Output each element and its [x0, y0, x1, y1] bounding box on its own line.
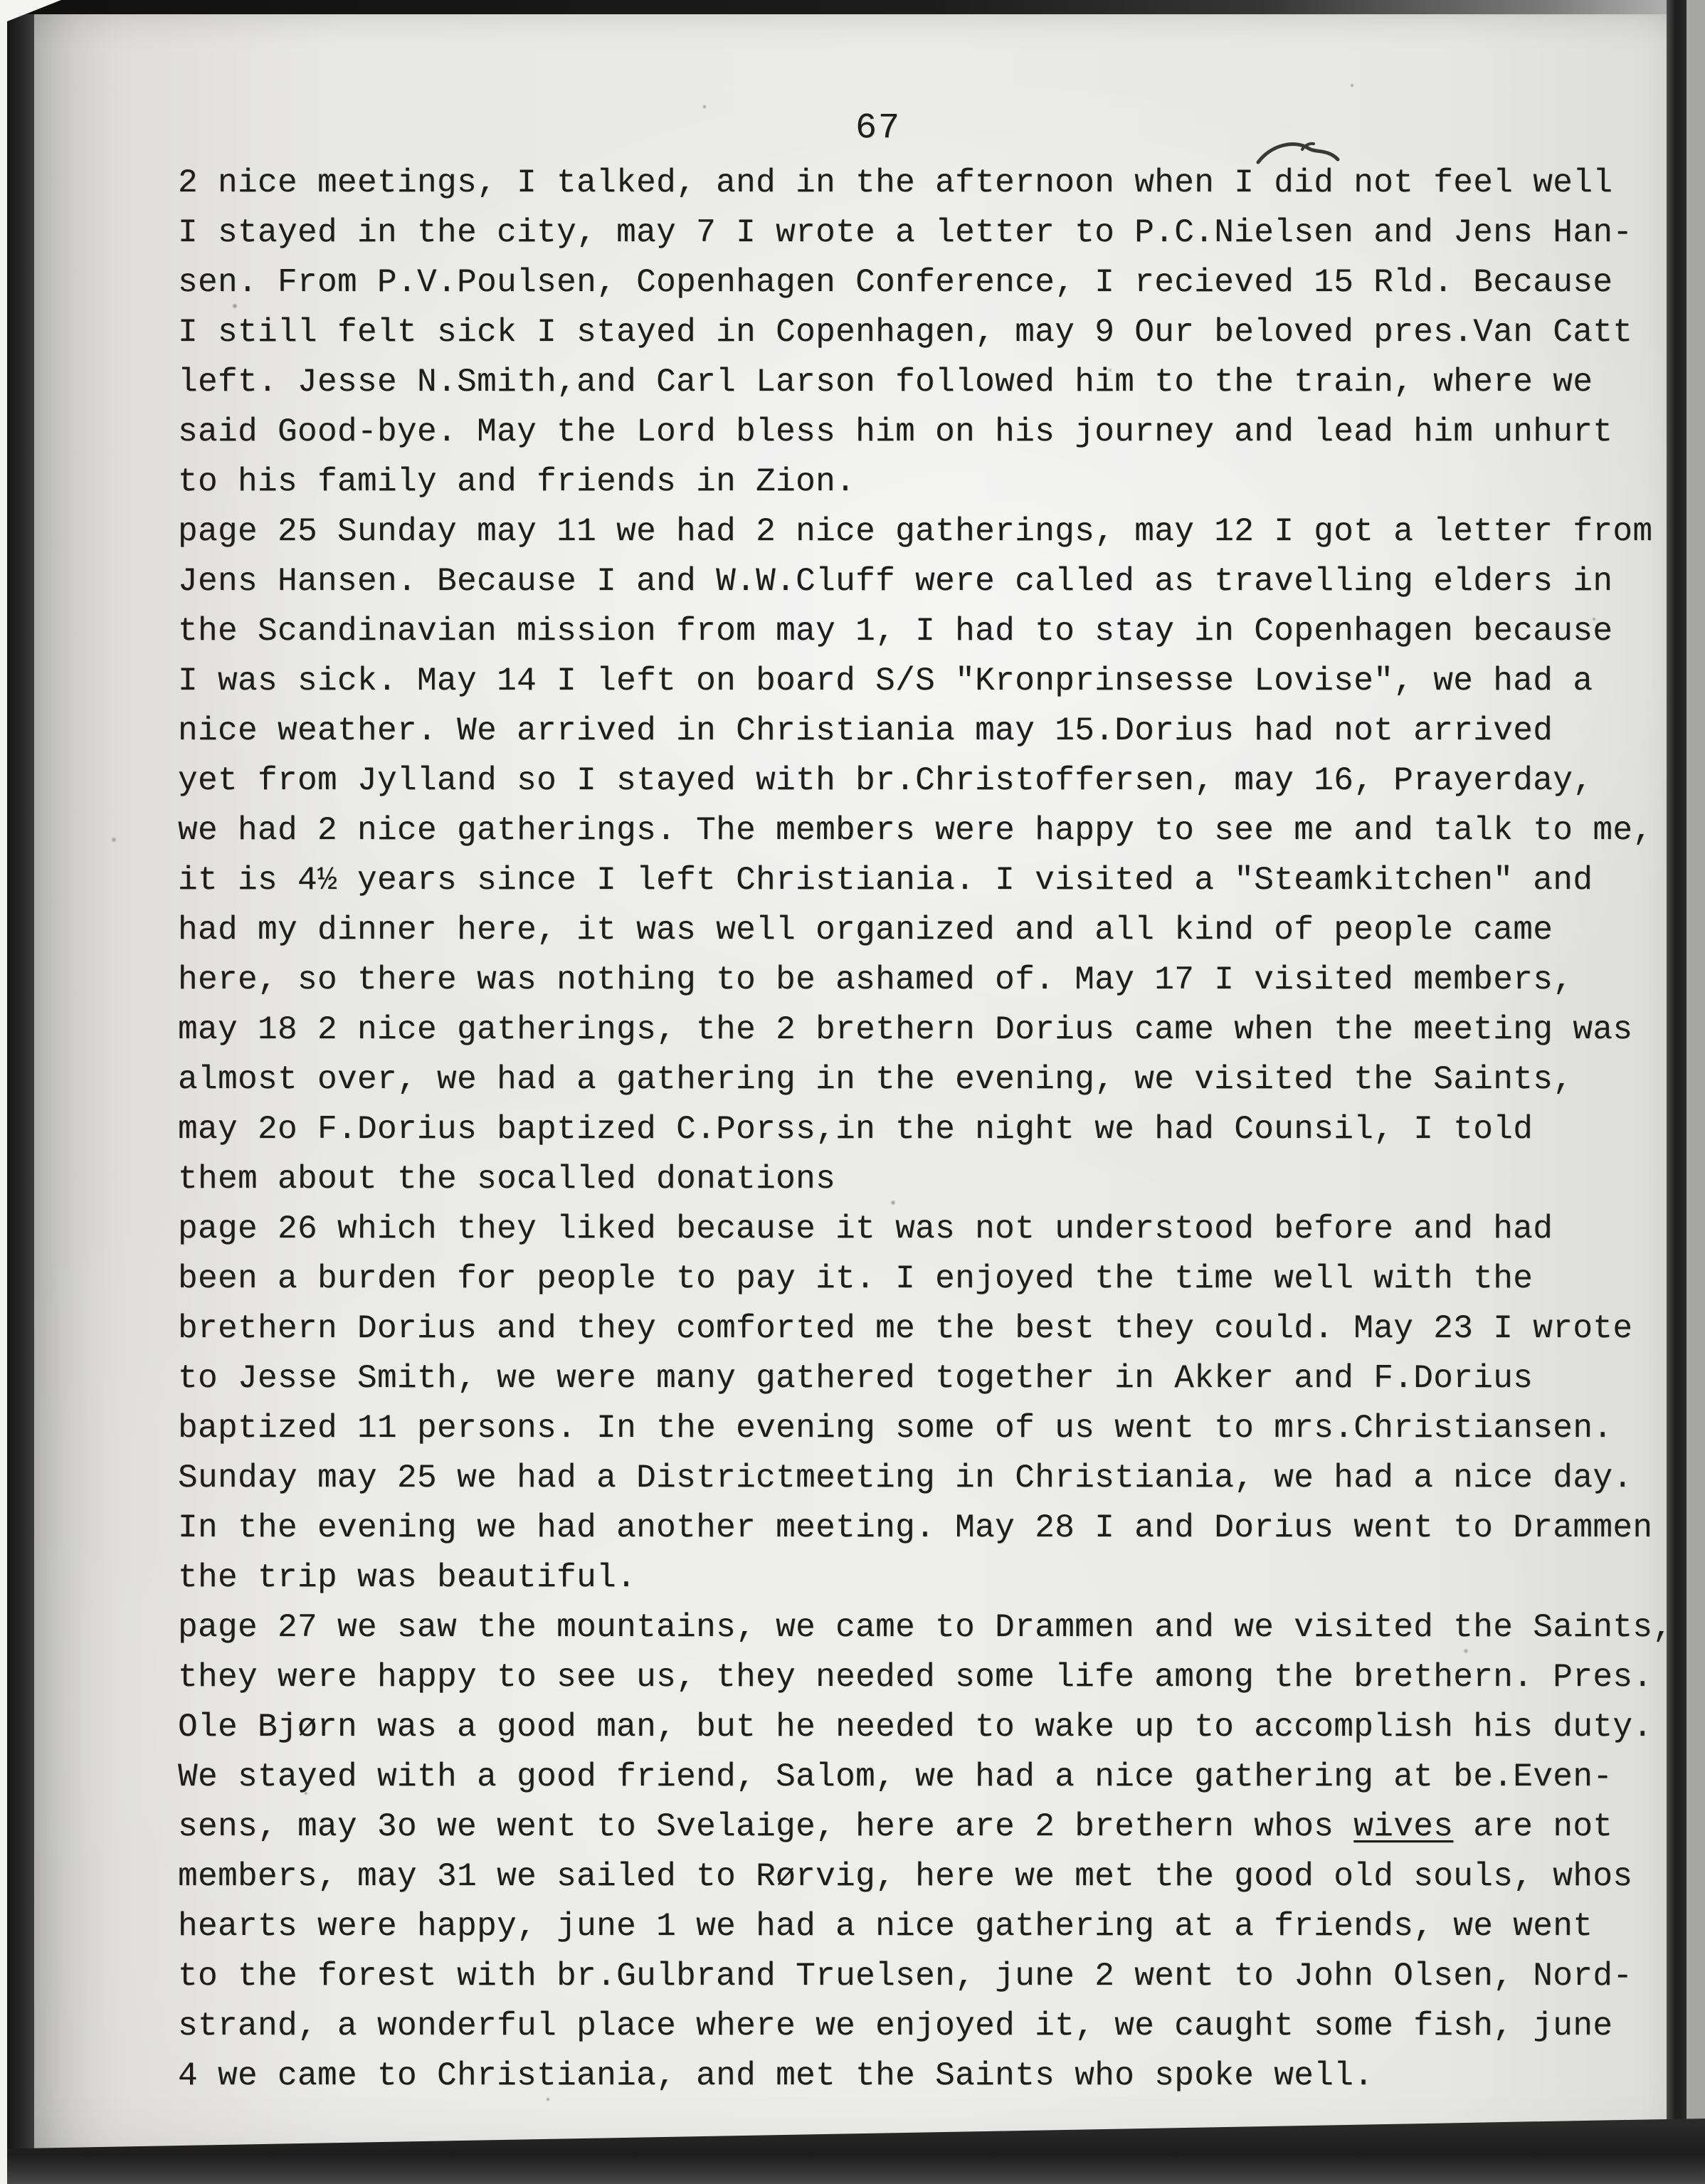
- text-line: I stayed in the city, may 7 I wrote a le…: [178, 208, 1701, 258]
- text-segment: to his family and friends in Zion.: [178, 463, 855, 500]
- text-line: 4 we came to Christiania, and met the Sa…: [178, 2051, 1701, 2101]
- text-line: page 26 which they liked because it was …: [178, 1204, 1701, 1254]
- text-line: the Scandinavian mission from may 1, I h…: [178, 606, 1701, 656]
- text-segment: nice weather. We arrived in Christiania …: [178, 712, 1553, 749]
- text-line: hearts were happy, june 1 we had a nice …: [178, 1901, 1701, 1951]
- text-segment: 4 we came to Christiania, and met the Sa…: [178, 2057, 1373, 2094]
- text-line: to Jesse Smith, we were many gathered to…: [178, 1354, 1701, 1403]
- text-segment: page 25 Sunday may 11 we had 2 nice gath…: [178, 513, 1652, 550]
- text-segment: the Scandinavian mission from may 1, I h…: [178, 613, 1612, 650]
- text-segment: the trip was beautiful.: [178, 1559, 636, 1596]
- text-segment: they were happy to see us, they needed s…: [178, 1659, 1652, 1696]
- text-segment: yet from Jylland so I stayed with br.Chr…: [178, 762, 1593, 799]
- text-line: the trip was beautiful.: [178, 1553, 1701, 1603]
- text-line: baptized 11 persons. In the evening some…: [178, 1403, 1701, 1453]
- text-line: here, so there was nothing to be ashamed…: [178, 955, 1701, 1005]
- page-number: 67: [855, 108, 901, 149]
- text-line: left. Jesse N.Smith,and Carl Larson foll…: [178, 357, 1701, 407]
- text-line: Jens Hansen. Because I and W.W.Cluff wer…: [178, 556, 1701, 606]
- text-segment: page 27 we saw the mountains, we came to…: [178, 1609, 1672, 1646]
- text-line: strand, a wonderful place where we enjoy…: [178, 2001, 1701, 2051]
- scanned-journal-page: 67 2 nice meetings, I talked, and in the…: [0, 0, 1705, 2184]
- text-line: I still felt sick I stayed in Copenhagen…: [178, 307, 1701, 357]
- typewritten-text: 2 nice meetings, I talked, and in the af…: [178, 158, 1701, 2101]
- text-line: In the evening we had another meeting. M…: [178, 1503, 1701, 1553]
- text-line: it is 4½ years since I left Christiania.…: [178, 855, 1701, 905]
- text-line: members, may 31 we sailed to Rørvig, her…: [178, 1852, 1701, 1901]
- text-line: had my dinner here, it was well organize…: [178, 905, 1701, 955]
- text-segment: 2 nice meetings, I talked, and in the af…: [178, 164, 1612, 201]
- text-segment: strand, a wonderful place where we enjoy…: [178, 2008, 1612, 2045]
- text-line: We stayed with a good friend, Salom, we …: [178, 1752, 1701, 1802]
- text-line: page 25 Sunday may 11 we had 2 nice gath…: [178, 507, 1701, 556]
- text-segment: sens, may 3o we went to Svelaige, here a…: [178, 1808, 1353, 1845]
- text-line: to his family and friends in Zion.: [178, 457, 1701, 507]
- text-line: Ole Bjørn was a good man, but he needed …: [178, 1702, 1701, 1752]
- text-segment: Jens Hansen. Because I and W.W.Cluff wer…: [178, 563, 1612, 600]
- text-segment: it is 4½ years since I left Christiania.…: [178, 862, 1593, 899]
- text-line: we had 2 nice gatherings. The members we…: [178, 806, 1701, 855]
- underlined-word: wives: [1353, 1808, 1453, 1845]
- text-line: I was sick. May 14 I left on board S/S "…: [178, 656, 1701, 706]
- text-line: yet from Jylland so I stayed with br.Chr…: [178, 756, 1701, 806]
- text-segment: Ole Bjørn was a good man, but he needed …: [178, 1709, 1652, 1746]
- text-segment: sen. From P.V.Poulsen, Copenhagen Confer…: [178, 264, 1612, 301]
- text-segment: them about the socalled donations: [178, 1161, 835, 1198]
- text-segment: We stayed with a good friend, Salom, we …: [178, 1758, 1612, 1795]
- text-line: may 2o F.Dorius baptized C.Porss,in the …: [178, 1104, 1701, 1154]
- text-line: sen. From P.V.Poulsen, Copenhagen Confer…: [178, 258, 1701, 307]
- scan-left-border: [7, 0, 34, 2184]
- text-segment: I stayed in the city, may 7 I wrote a le…: [178, 214, 1632, 251]
- text-segment: we had 2 nice gatherings. The members we…: [178, 812, 1652, 849]
- text-line: may 18 2 nice gatherings, the 2 brethern…: [178, 1005, 1701, 1055]
- scan-top-left-corner: [0, 0, 61, 24]
- text-line: sens, may 3o we went to Svelaige, here a…: [178, 1802, 1701, 1852]
- text-line: said Good-bye. May the Lord bless him on…: [178, 407, 1701, 457]
- text-segment: may 18 2 nice gatherings, the 2 brethern…: [178, 1011, 1632, 1048]
- text-line: them about the socalled donations: [178, 1154, 1701, 1204]
- text-segment: page 26 which they liked because it was …: [178, 1210, 1553, 1247]
- text-line: nice weather. We arrived in Christiania …: [178, 706, 1701, 756]
- text-segment: I was sick. May 14 I left on board S/S "…: [178, 663, 1593, 700]
- text-segment: I still felt sick I stayed in Copenhagen…: [178, 314, 1632, 351]
- text-line: page 27 we saw the mountains, we came to…: [178, 1603, 1701, 1652]
- scan-top-border: [7, 0, 1679, 14]
- text-line: they were happy to see us, they needed s…: [178, 1652, 1701, 1702]
- text-line: Sunday may 25 we had a Districtmeeting i…: [178, 1453, 1701, 1503]
- text-line: brethern Dorius and they comforted me th…: [178, 1304, 1701, 1354]
- text-segment: hearts were happy, june 1 we had a nice …: [178, 1908, 1593, 1945]
- text-segment: almost over, we had a gathering in the e…: [178, 1061, 1573, 1098]
- text-segment: here, so there was nothing to be ashamed…: [178, 961, 1573, 998]
- text-line: been a burden for people to pay it. I en…: [178, 1254, 1701, 1304]
- text-segment: members, may 31 we sailed to Rørvig, her…: [178, 1858, 1632, 1895]
- text-segment: had my dinner here, it was well organize…: [178, 912, 1553, 949]
- text-segment: said Good-bye. May the Lord bless him on…: [178, 413, 1612, 450]
- text-segment: In the evening we had another meeting. M…: [178, 1509, 1652, 1546]
- text-line: almost over, we had a gathering in the e…: [178, 1055, 1701, 1104]
- text-line: to the forest with br.Gulbrand Truelsen,…: [178, 1951, 1701, 2001]
- text-segment: left. Jesse N.Smith,and Carl Larson foll…: [178, 364, 1593, 401]
- text-segment: Sunday may 25 we had a Districtmeeting i…: [178, 1460, 1632, 1497]
- text-segment: may 2o F.Dorius baptized C.Porss,in the …: [178, 1111, 1533, 1148]
- text-segment: to the forest with br.Gulbrand Truelsen,…: [178, 1958, 1632, 1995]
- text-segment: are not: [1453, 1808, 1612, 1845]
- text-line: 2 nice meetings, I talked, and in the af…: [178, 158, 1701, 208]
- text-segment: to Jesse Smith, we were many gathered to…: [178, 1360, 1533, 1397]
- text-segment: baptized 11 persons. In the evening some…: [178, 1410, 1612, 1447]
- text-segment: been a burden for people to pay it. I en…: [178, 1260, 1533, 1297]
- text-segment: brethern Dorius and they comforted me th…: [178, 1310, 1632, 1347]
